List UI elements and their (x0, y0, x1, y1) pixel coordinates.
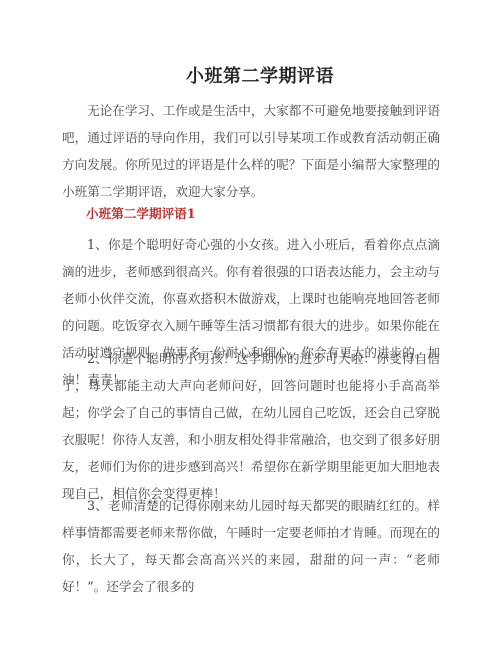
comment-paragraph-2: 2、你是个聪明的小男孩！这学期你的进步可大啦：你变得自信了，每天都能主动大声向老… (62, 345, 440, 507)
document-title: 小班第二学期评语 (0, 62, 500, 88)
comment-paragraph-3: 3、老师清楚的记得你刚来幼儿园时每天都哭的眼睛红红的。样样事情都需要老师来帮你做… (62, 492, 440, 600)
document-page: 小班第二学期评语 无论在学习、工作或是生活中，大家都不可避免地要接触到评语吧，通… (0, 0, 500, 647)
intro-paragraph: 无论在学习、工作或是生活中，大家都不可避免地要接触到评语吧，通过评语的导向作用，… (62, 97, 440, 205)
section-heading: 小班第二学期评语1 (86, 203, 196, 222)
